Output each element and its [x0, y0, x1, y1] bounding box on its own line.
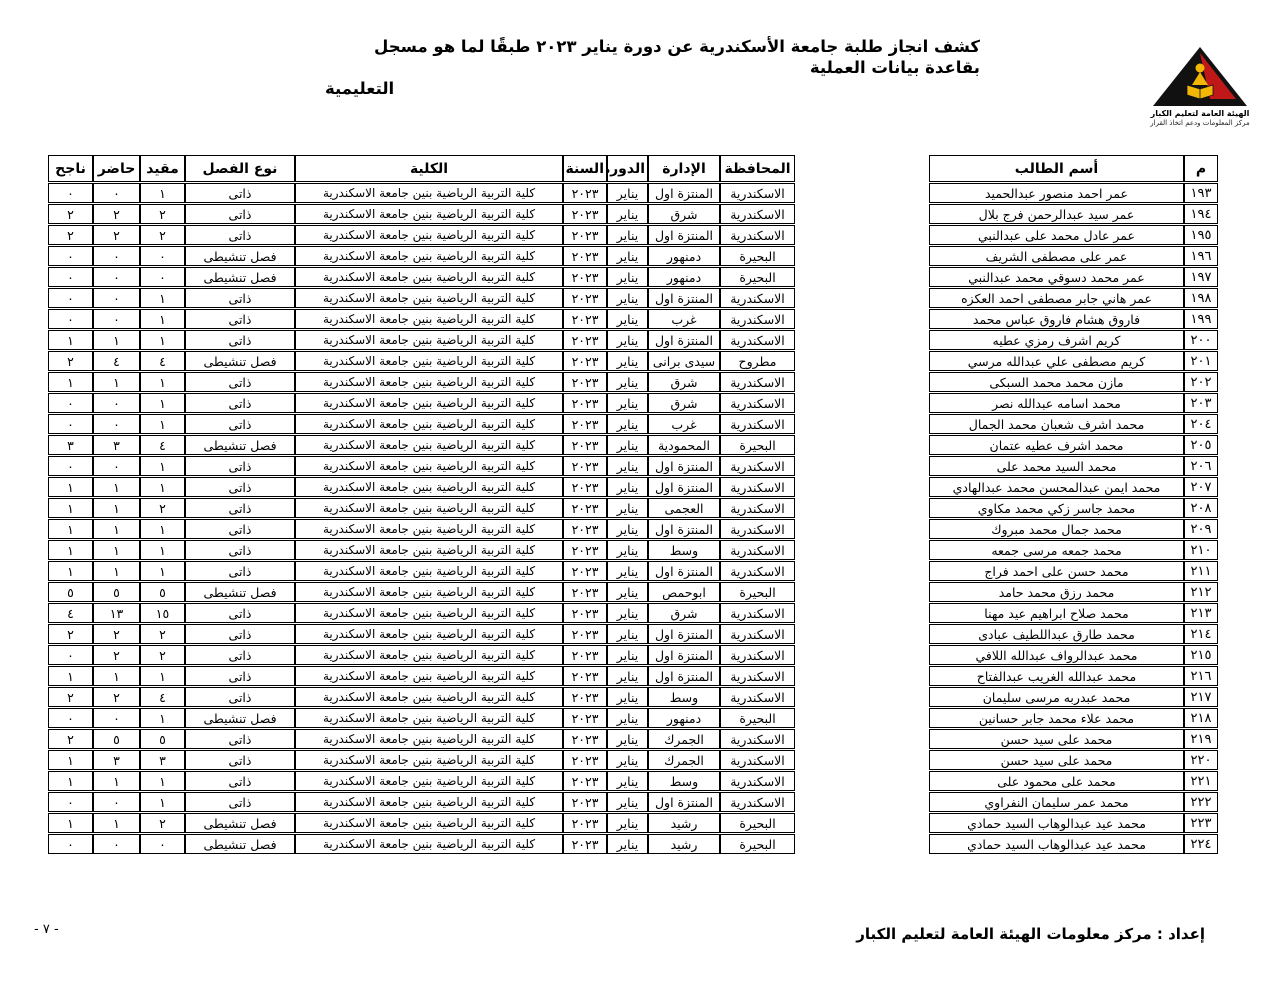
cell-enrolled: ٢ — [140, 624, 185, 644]
cell-present: ٢ — [93, 204, 140, 224]
cell-administration: سيدى برانى — [648, 351, 720, 371]
cell-year: ٢٠٢٣ — [563, 288, 607, 308]
cell-administration: المنتزة اول — [648, 519, 720, 539]
cell-enrolled: ١ — [140, 519, 185, 539]
cell-student-name: محمد السيد محمد على — [929, 456, 1184, 476]
cell-class-type: ذاتى — [185, 330, 295, 350]
cell-college: كلية التربية الرياضية بنين جامعة الاسكند… — [295, 771, 563, 791]
cell-year: ٢٠٢٣ — [563, 729, 607, 749]
table-row: ٢١١محمد حسن على احمد فراج — [929, 561, 1218, 581]
cell-college: كلية التربية الرياضية بنين جامعة الاسكند… — [295, 204, 563, 224]
cell-present: ٥ — [93, 582, 140, 602]
cell-college: كلية التربية الرياضية بنين جامعة الاسكند… — [295, 372, 563, 392]
cell-student-name: محمد عبدربه مرسى سليمان — [929, 687, 1184, 707]
cell-governorate: الاسكندرية — [720, 729, 795, 749]
cell-passed: ٢ — [48, 729, 93, 749]
cell-student-name: محمد علاء محمد جابر حسانين — [929, 708, 1184, 728]
table-row: الاسكندريةالمنتزة اوليناير٢٠٢٣كلية الترب… — [48, 519, 795, 539]
cell-passed: ١ — [48, 519, 93, 539]
cell-college: كلية التربية الرياضية بنين جامعة الاسكند… — [295, 582, 563, 602]
cell-college: كلية التربية الرياضية بنين جامعة الاسكند… — [295, 666, 563, 686]
cell-year: ٢٠٢٣ — [563, 813, 607, 833]
cell-governorate: الاسكندرية — [720, 204, 795, 224]
cell-no: ١٩٦ — [1184, 246, 1218, 266]
cell-student-name: محمد عيد عبدالوهاب السيد حمادي — [929, 813, 1184, 833]
cell-no: ٢٠٠ — [1184, 330, 1218, 350]
cell-class-type: فصل تنشيطى — [185, 708, 295, 728]
table-row: الاسكندريةالمنتزة اوليناير٢٠٢٣كلية الترب… — [48, 792, 795, 812]
table-row: البحيرةالمحموديةيناير٢٠٢٣كلية التربية ال… — [48, 435, 795, 455]
cell-present: ٠ — [93, 183, 140, 203]
cell-session: يناير — [607, 582, 648, 602]
cell-class-type: فصل تنشيطى — [185, 267, 295, 287]
cell-present: ٢ — [93, 225, 140, 245]
cell-governorate: الاسكندرية — [720, 498, 795, 518]
cell-present: ٣ — [93, 435, 140, 455]
col-header-present: حاضر — [93, 155, 140, 182]
table-row: الاسكندريةالمنتزة اوليناير٢٠٢٣كلية الترب… — [48, 456, 795, 476]
cell-student-name: عمر عادل محمد على عبدالنبي — [929, 225, 1184, 245]
cell-college: كلية التربية الرياضية بنين جامعة الاسكند… — [295, 561, 563, 581]
cell-governorate: الاسكندرية — [720, 750, 795, 770]
col-header-governorate: المحافظة — [720, 155, 795, 182]
cell-enrolled: ١ — [140, 414, 185, 434]
table-row: البحيرةرشيديناير٢٠٢٣كلية التربية الرياضي… — [48, 813, 795, 833]
cell-college: كلية التربية الرياضية بنين جامعة الاسكند… — [295, 687, 563, 707]
cell-governorate: البحيرة — [720, 267, 795, 287]
cell-session: يناير — [607, 519, 648, 539]
cell-college: كلية التربية الرياضية بنين جامعة الاسكند… — [295, 267, 563, 287]
logo-caption-1: الهيئة العامة لتعليم الكبار — [1142, 109, 1258, 119]
cell-no: ٢١٠ — [1184, 540, 1218, 560]
cell-passed: ٢ — [48, 225, 93, 245]
cell-administration: المحمودية — [648, 435, 720, 455]
table-row: ٢٢٣محمد عيد عبدالوهاب السيد حمادي — [929, 813, 1218, 833]
cell-enrolled: ١ — [140, 309, 185, 329]
cell-governorate: البحيرة — [720, 834, 795, 854]
cell-present: ٠ — [93, 792, 140, 812]
cell-governorate: الاسكندرية — [720, 519, 795, 539]
cell-governorate: الاسكندرية — [720, 561, 795, 581]
cell-governorate: الاسكندرية — [720, 183, 795, 203]
cell-session: يناير — [607, 330, 648, 350]
table-row: ٢١٣محمد صلاح ابراهيم عيد مهنا — [929, 603, 1218, 623]
cell-administration: المنتزة اول — [648, 666, 720, 686]
cell-administration: شرق — [648, 603, 720, 623]
table-row: ٢٠٠كريم اشرف رمزي عطيه — [929, 330, 1218, 350]
cell-enrolled: ٥ — [140, 582, 185, 602]
cell-year: ٢٠٢٣ — [563, 771, 607, 791]
cell-present: ٠ — [93, 288, 140, 308]
students-table-area: م أسم الطالب ١٩٣عمر احمد منصور عبدالحميد… — [48, 154, 1218, 855]
cell-administration: المنتزة اول — [648, 624, 720, 644]
cell-student-name: محمد اشرف عطيه عتمان — [929, 435, 1184, 455]
cell-passed: ٠ — [48, 267, 93, 287]
cell-enrolled: ٤ — [140, 351, 185, 371]
cell-enrolled: ٤ — [140, 435, 185, 455]
table-row: ٢١٤محمد طارق عبداللطيف عبادى — [929, 624, 1218, 644]
cell-student-name: محمد صلاح ابراهيم عيد مهنا — [929, 603, 1184, 623]
cell-class-type: فصل تنشيطى — [185, 351, 295, 371]
students-details-table: المحافظة الإدارة الدورة السنة الكلية نوع… — [48, 154, 795, 855]
cell-administration: المنتزة اول — [648, 183, 720, 203]
cell-student-name: محمد طارق عبداللطيف عبادى — [929, 624, 1184, 644]
table-row: الاسكندريةشرقيناير٢٠٢٣كلية التربية الريا… — [48, 372, 795, 392]
cell-governorate: الاسكندرية — [720, 372, 795, 392]
cell-enrolled: ١ — [140, 561, 185, 581]
cell-enrolled: ١ — [140, 771, 185, 791]
cell-session: يناير — [607, 456, 648, 476]
cell-passed: ٠ — [48, 456, 93, 476]
cell-passed: ٢ — [48, 687, 93, 707]
cell-year: ٢٠٢٣ — [563, 645, 607, 665]
cell-class-type: ذاتى — [185, 603, 295, 623]
cell-class-type: ذاتى — [185, 414, 295, 434]
cell-class-type: ذاتى — [185, 456, 295, 476]
table-row: الاسكندريةالعجمىيناير٢٠٢٣كلية التربية ال… — [48, 498, 795, 518]
cell-present: ١ — [93, 540, 140, 560]
cell-session: يناير — [607, 435, 648, 455]
cell-passed: ٠ — [48, 183, 93, 203]
table-row: الاسكندريةالمنتزة اوليناير٢٠٢٣كلية الترب… — [48, 330, 795, 350]
table-row: ٢٠٥محمد اشرف عطيه عتمان — [929, 435, 1218, 455]
cell-student-name: محمد عبدالله الغريب عبدالفتاح — [929, 666, 1184, 686]
cell-present: ٠ — [93, 456, 140, 476]
table-row: ٢١٠محمد جمعه مرسى جمعه — [929, 540, 1218, 560]
cell-passed: ١ — [48, 666, 93, 686]
cell-present: ١ — [93, 477, 140, 497]
cell-session: يناير — [607, 351, 648, 371]
table-row: الاسكندريةالمنتزة اوليناير٢٠٢٣كلية الترب… — [48, 477, 795, 497]
cell-student-name: محمد اشرف شعبان محمد الجمال — [929, 414, 1184, 434]
cell-governorate: الاسكندرية — [720, 771, 795, 791]
col-header-college: الكلية — [295, 155, 563, 182]
cell-passed: ٥ — [48, 582, 93, 602]
table-row: ٢٠٣محمد اسامه عبدالله نصر — [929, 393, 1218, 413]
cell-passed: ٠ — [48, 288, 93, 308]
cell-enrolled: ١ — [140, 372, 185, 392]
cell-class-type: ذاتى — [185, 561, 295, 581]
table-row: الاسكندريةشرقيناير٢٠٢٣كلية التربية الريا… — [48, 393, 795, 413]
cell-year: ٢٠٢٣ — [563, 267, 607, 287]
cell-no: ٢٠٦ — [1184, 456, 1218, 476]
table-row: الاسكندريةالمنتزة اوليناير٢٠٢٣كلية الترب… — [48, 225, 795, 245]
cell-administration: شرق — [648, 204, 720, 224]
cell-class-type: ذاتى — [185, 645, 295, 665]
cell-year: ٢٠٢٣ — [563, 687, 607, 707]
cell-administration: شرق — [648, 393, 720, 413]
cell-no: ٢٢٠ — [1184, 750, 1218, 770]
cell-no: ١٩٩ — [1184, 309, 1218, 329]
col-header-administration: الإدارة — [648, 155, 720, 182]
table-row: ٢٠٦محمد السيد محمد على — [929, 456, 1218, 476]
cell-passed: ٢ — [48, 624, 93, 644]
cell-no: ٢٠٤ — [1184, 414, 1218, 434]
table-row: ٢٠١كريم مصطفى علي عبدالله مرسي — [929, 351, 1218, 371]
page-number: - ٧ - — [34, 922, 59, 937]
cell-student-name: محمد ايمن عبدالمحسن محمد عبدالهادي — [929, 477, 1184, 497]
cell-passed: ٢ — [48, 351, 93, 371]
cell-session: يناير — [607, 414, 648, 434]
cell-college: كلية التربية الرياضية بنين جامعة الاسكند… — [295, 225, 563, 245]
cell-no: ٢٢١ — [1184, 771, 1218, 791]
cell-no: ٢١٨ — [1184, 708, 1218, 728]
cell-passed: ٠ — [48, 792, 93, 812]
cell-class-type: ذاتى — [185, 498, 295, 518]
cell-college: كلية التربية الرياضية بنين جامعة الاسكند… — [295, 834, 563, 854]
table-row: مطروحسيدى برانىيناير٢٠٢٣كلية التربية الر… — [48, 351, 795, 371]
cell-governorate: الاسكندرية — [720, 477, 795, 497]
cell-year: ٢٠٢٣ — [563, 225, 607, 245]
cell-passed: ١ — [48, 372, 93, 392]
cell-no: ١٩٥ — [1184, 225, 1218, 245]
col-header-enrolled: مقيد — [140, 155, 185, 182]
cell-passed: ١ — [48, 540, 93, 560]
cell-college: كلية التربية الرياضية بنين جامعة الاسكند… — [295, 414, 563, 434]
cell-college: كلية التربية الرياضية بنين جامعة الاسكند… — [295, 330, 563, 350]
cell-college: كلية التربية الرياضية بنين جامعة الاسكند… — [295, 729, 563, 749]
authority-logo-icon — [1150, 46, 1250, 108]
cell-class-type: ذاتى — [185, 393, 295, 413]
cell-administration: المنتزة اول — [648, 225, 720, 245]
cell-present: ١ — [93, 666, 140, 686]
cell-no: ٢١١ — [1184, 561, 1218, 581]
cell-present: ٠ — [93, 393, 140, 413]
cell-no: ٢١٧ — [1184, 687, 1218, 707]
cell-college: كلية التربية الرياضية بنين جامعة الاسكند… — [295, 603, 563, 623]
table-row: ٢١٨محمد علاء محمد جابر حسانين — [929, 708, 1218, 728]
cell-governorate: البحيرة — [720, 582, 795, 602]
cell-session: يناير — [607, 183, 648, 203]
cell-year: ٢٠٢٣ — [563, 666, 607, 686]
cell-student-name: عمر محمد دسوقي محمد عبدالنبي — [929, 267, 1184, 287]
table-row: الاسكندريةالجمركيناير٢٠٢٣كلية التربية ال… — [48, 729, 795, 749]
cell-enrolled: ١ — [140, 477, 185, 497]
cell-student-name: محمد حسن على احمد فراج — [929, 561, 1184, 581]
cell-student-name: فاروق هشام فاروق عباس محمد — [929, 309, 1184, 329]
table-row: الاسكندريةالمنتزة اوليناير٢٠٢٣كلية الترب… — [48, 183, 795, 203]
document-page: { "header": { "title_line1": "كشف انجاز … — [0, 0, 1280, 988]
table-row: ٢٢١محمد على محمود على — [929, 771, 1218, 791]
cell-present: ٤ — [93, 351, 140, 371]
cell-year: ٢٠٢٣ — [563, 183, 607, 203]
cell-session: يناير — [607, 204, 648, 224]
cell-session: يناير — [607, 477, 648, 497]
col-header-student-name: أسم الطالب — [929, 155, 1184, 182]
cell-class-type: ذاتى — [185, 372, 295, 392]
cell-session: يناير — [607, 540, 648, 560]
cell-no: ١٩٤ — [1184, 204, 1218, 224]
cell-session: يناير — [607, 624, 648, 644]
cell-no: ٢١٣ — [1184, 603, 1218, 623]
cell-enrolled: ٣ — [140, 750, 185, 770]
cell-student-name: عمر على مصطفى الشريف — [929, 246, 1184, 266]
table-row: الاسكندريةوسطيناير٢٠٢٣كلية التربية الريا… — [48, 687, 795, 707]
prepared-by-note: إعداد : مركز معلومات الهيئة العامة لتعلي… — [856, 925, 1205, 943]
document-title-line2: التعليمية — [325, 78, 980, 99]
cell-session: يناير — [607, 687, 648, 707]
cell-year: ٢٠٢٣ — [563, 624, 607, 644]
cell-administration: المنتزة اول — [648, 330, 720, 350]
cell-session: يناير — [607, 246, 648, 266]
cell-governorate: الاسكندرية — [720, 540, 795, 560]
cell-administration: المنتزة اول — [648, 561, 720, 581]
cell-year: ٢٠٢٣ — [563, 708, 607, 728]
cell-student-name: عمر هاني جابر مصطفى احمد العكزه — [929, 288, 1184, 308]
cell-present: ١ — [93, 519, 140, 539]
cell-governorate: الاسكندرية — [720, 309, 795, 329]
cell-session: يناير — [607, 288, 648, 308]
cell-college: كلية التربية الرياضية بنين جامعة الاسكند… — [295, 708, 563, 728]
table-row: ٢٢٠محمد على سيد حسن — [929, 750, 1218, 770]
cell-present: ٢ — [93, 687, 140, 707]
cell-passed: ١ — [48, 750, 93, 770]
cell-student-name: كريم اشرف رمزي عطيه — [929, 330, 1184, 350]
col-header-class-type: نوع الفصل — [185, 155, 295, 182]
table-row: البحيرةدمنهوريناير٢٠٢٣كلية التربية الريا… — [48, 246, 795, 266]
cell-passed: ١ — [48, 498, 93, 518]
cell-no: ١٩٧ — [1184, 267, 1218, 287]
cell-no: ٢١٦ — [1184, 666, 1218, 686]
table-row: ٢٠٩محمد جمال محمد مبروك — [929, 519, 1218, 539]
cell-no: ١٩٨ — [1184, 288, 1218, 308]
table-row: الاسكندريةشرقيناير٢٠٢٣كلية التربية الريا… — [48, 603, 795, 623]
document-title: كشف انجاز طلبة جامعة الأسكندرية عن دورة … — [325, 36, 980, 99]
names-table-body: ١٩٣عمر احمد منصور عبدالحميد١٩٤عمر سيد عب… — [929, 183, 1218, 854]
cell-college: كلية التربية الرياضية بنين جامعة الاسكند… — [295, 309, 563, 329]
cell-class-type: ذاتى — [185, 519, 295, 539]
cell-no: ٢٠١ — [1184, 351, 1218, 371]
document-title-line1: كشف انجاز طلبة جامعة الأسكندرية عن دورة … — [325, 36, 980, 78]
col-header-session: الدورة — [607, 155, 648, 182]
table-row: ١٩٧عمر محمد دسوقي محمد عبدالنبي — [929, 267, 1218, 287]
cell-session: يناير — [607, 729, 648, 749]
cell-administration: المنتزة اول — [648, 645, 720, 665]
cell-college: كلية التربية الرياضية بنين جامعة الاسكند… — [295, 813, 563, 833]
cell-passed: ٠ — [48, 309, 93, 329]
cell-student-name: محمد جمال محمد مبروك — [929, 519, 1184, 539]
col-header-no: م — [1184, 155, 1218, 182]
cell-governorate: الاسكندرية — [720, 288, 795, 308]
cell-enrolled: ١ — [140, 183, 185, 203]
cell-enrolled: ٢ — [140, 645, 185, 665]
cell-college: كلية التربية الرياضية بنين جامعة الاسكند… — [295, 456, 563, 476]
cell-year: ٢٠٢٣ — [563, 834, 607, 854]
cell-enrolled: ٠ — [140, 834, 185, 854]
cell-administration: العجمى — [648, 498, 720, 518]
cell-present: ١ — [93, 498, 140, 518]
cell-year: ٢٠٢٣ — [563, 456, 607, 476]
cell-session: يناير — [607, 498, 648, 518]
cell-no: ٢٠٣ — [1184, 393, 1218, 413]
cell-class-type: فصل تنشيطى — [185, 813, 295, 833]
cell-college: كلية التربية الرياضية بنين جامعة الاسكند… — [295, 519, 563, 539]
cell-year: ٢٠٢٣ — [563, 435, 607, 455]
table-row: الاسكندريةوسطيناير٢٠٢٣كلية التربية الريا… — [48, 771, 795, 791]
cell-year: ٢٠٢٣ — [563, 582, 607, 602]
table-row: الاسكندريةالمنتزة اوليناير٢٠٢٣كلية الترب… — [48, 288, 795, 308]
cell-enrolled: ١ — [140, 288, 185, 308]
cell-class-type: ذاتى — [185, 288, 295, 308]
header-row: المحافظة الإدارة الدورة السنة الكلية نوع… — [48, 155, 795, 182]
cell-governorate: الاسكندرية — [720, 414, 795, 434]
cell-administration: المنتزة اول — [648, 288, 720, 308]
cell-enrolled: ٢ — [140, 225, 185, 245]
cell-session: يناير — [607, 834, 648, 854]
cell-governorate: البحيرة — [720, 246, 795, 266]
cell-no: ٢٢٣ — [1184, 813, 1218, 833]
cell-passed: ٠ — [48, 834, 93, 854]
cell-present: ٠ — [93, 708, 140, 728]
cell-session: يناير — [607, 561, 648, 581]
table-row: الاسكندريةغربيناير٢٠٢٣كلية التربية الريا… — [48, 309, 795, 329]
cell-no: ٢١٤ — [1184, 624, 1218, 644]
cell-enrolled: ١ — [140, 666, 185, 686]
cell-student-name: محمد عبدالرواف عبدالله اللافي — [929, 645, 1184, 665]
cell-class-type: ذاتى — [185, 309, 295, 329]
cell-enrolled: ١٥ — [140, 603, 185, 623]
table-row: ١٩٨عمر هاني جابر مصطفى احمد العكزه — [929, 288, 1218, 308]
cell-governorate: الاسكندرية — [720, 645, 795, 665]
cell-college: كلية التربية الرياضية بنين جامعة الاسكند… — [295, 393, 563, 413]
table-gap — [795, 154, 929, 164]
cell-student-name: محمد عيد عبدالوهاب السيد حمادي — [929, 834, 1184, 854]
cell-student-name: محمد عمر سليمان النفراوي — [929, 792, 1184, 812]
cell-year: ٢٠٢٣ — [563, 561, 607, 581]
cell-passed: ٤ — [48, 603, 93, 623]
table-row: البحيرةدمنهوريناير٢٠٢٣كلية التربية الريا… — [48, 708, 795, 728]
cell-class-type: ذاتى — [185, 771, 295, 791]
cell-no: ١٩٣ — [1184, 183, 1218, 203]
cell-enrolled: ٢ — [140, 813, 185, 833]
cell-no: ٢٠٨ — [1184, 498, 1218, 518]
table-row: ٢٠٨محمد جاسر زكي محمد مكاوي — [929, 498, 1218, 518]
cell-year: ٢٠٢٣ — [563, 330, 607, 350]
cell-class-type: ذاتى — [185, 687, 295, 707]
cell-college: كلية التربية الرياضية بنين جامعة الاسكند… — [295, 540, 563, 560]
cell-no: ٢١٥ — [1184, 645, 1218, 665]
cell-class-type: ذاتى — [185, 624, 295, 644]
cell-governorate: الاسكندرية — [720, 330, 795, 350]
table-row: الاسكندريةالجمركيناير٢٠٢٣كلية التربية ال… — [48, 750, 795, 770]
cell-year: ٢٠٢٣ — [563, 204, 607, 224]
cell-administration: دمنهور — [648, 246, 720, 266]
cell-year: ٢٠٢٣ — [563, 246, 607, 266]
cell-governorate: البحيرة — [720, 813, 795, 833]
cell-year: ٢٠٢٣ — [563, 603, 607, 623]
cell-present: ١ — [93, 561, 140, 581]
table-row: ٢٢٤محمد عيد عبدالوهاب السيد حمادي — [929, 834, 1218, 854]
cell-enrolled: ٠ — [140, 246, 185, 266]
cell-present: ١ — [93, 813, 140, 833]
cell-class-type: ذاتى — [185, 477, 295, 497]
cell-administration: غرب — [648, 414, 720, 434]
cell-college: كلية التربية الرياضية بنين جامعة الاسكند… — [295, 477, 563, 497]
cell-present: ٠ — [93, 267, 140, 287]
cell-session: يناير — [607, 813, 648, 833]
cell-passed: ١ — [48, 561, 93, 581]
cell-college: كلية التربية الرياضية بنين جامعة الاسكند… — [295, 750, 563, 770]
cell-student-name: عمر سيد عبدالرحمن فرج بلال — [929, 204, 1184, 224]
table-row: ٢١٥محمد عبدالرواف عبدالله اللافي — [929, 645, 1218, 665]
cell-present: ٢ — [93, 624, 140, 644]
cell-session: يناير — [607, 267, 648, 287]
cell-passed: ٠ — [48, 645, 93, 665]
table-row: ٢١٦محمد عبدالله الغريب عبدالفتاح — [929, 666, 1218, 686]
cell-session: يناير — [607, 309, 648, 329]
cell-year: ٢٠٢٣ — [563, 477, 607, 497]
cell-student-name: محمد رزق محمد حامد — [929, 582, 1184, 602]
